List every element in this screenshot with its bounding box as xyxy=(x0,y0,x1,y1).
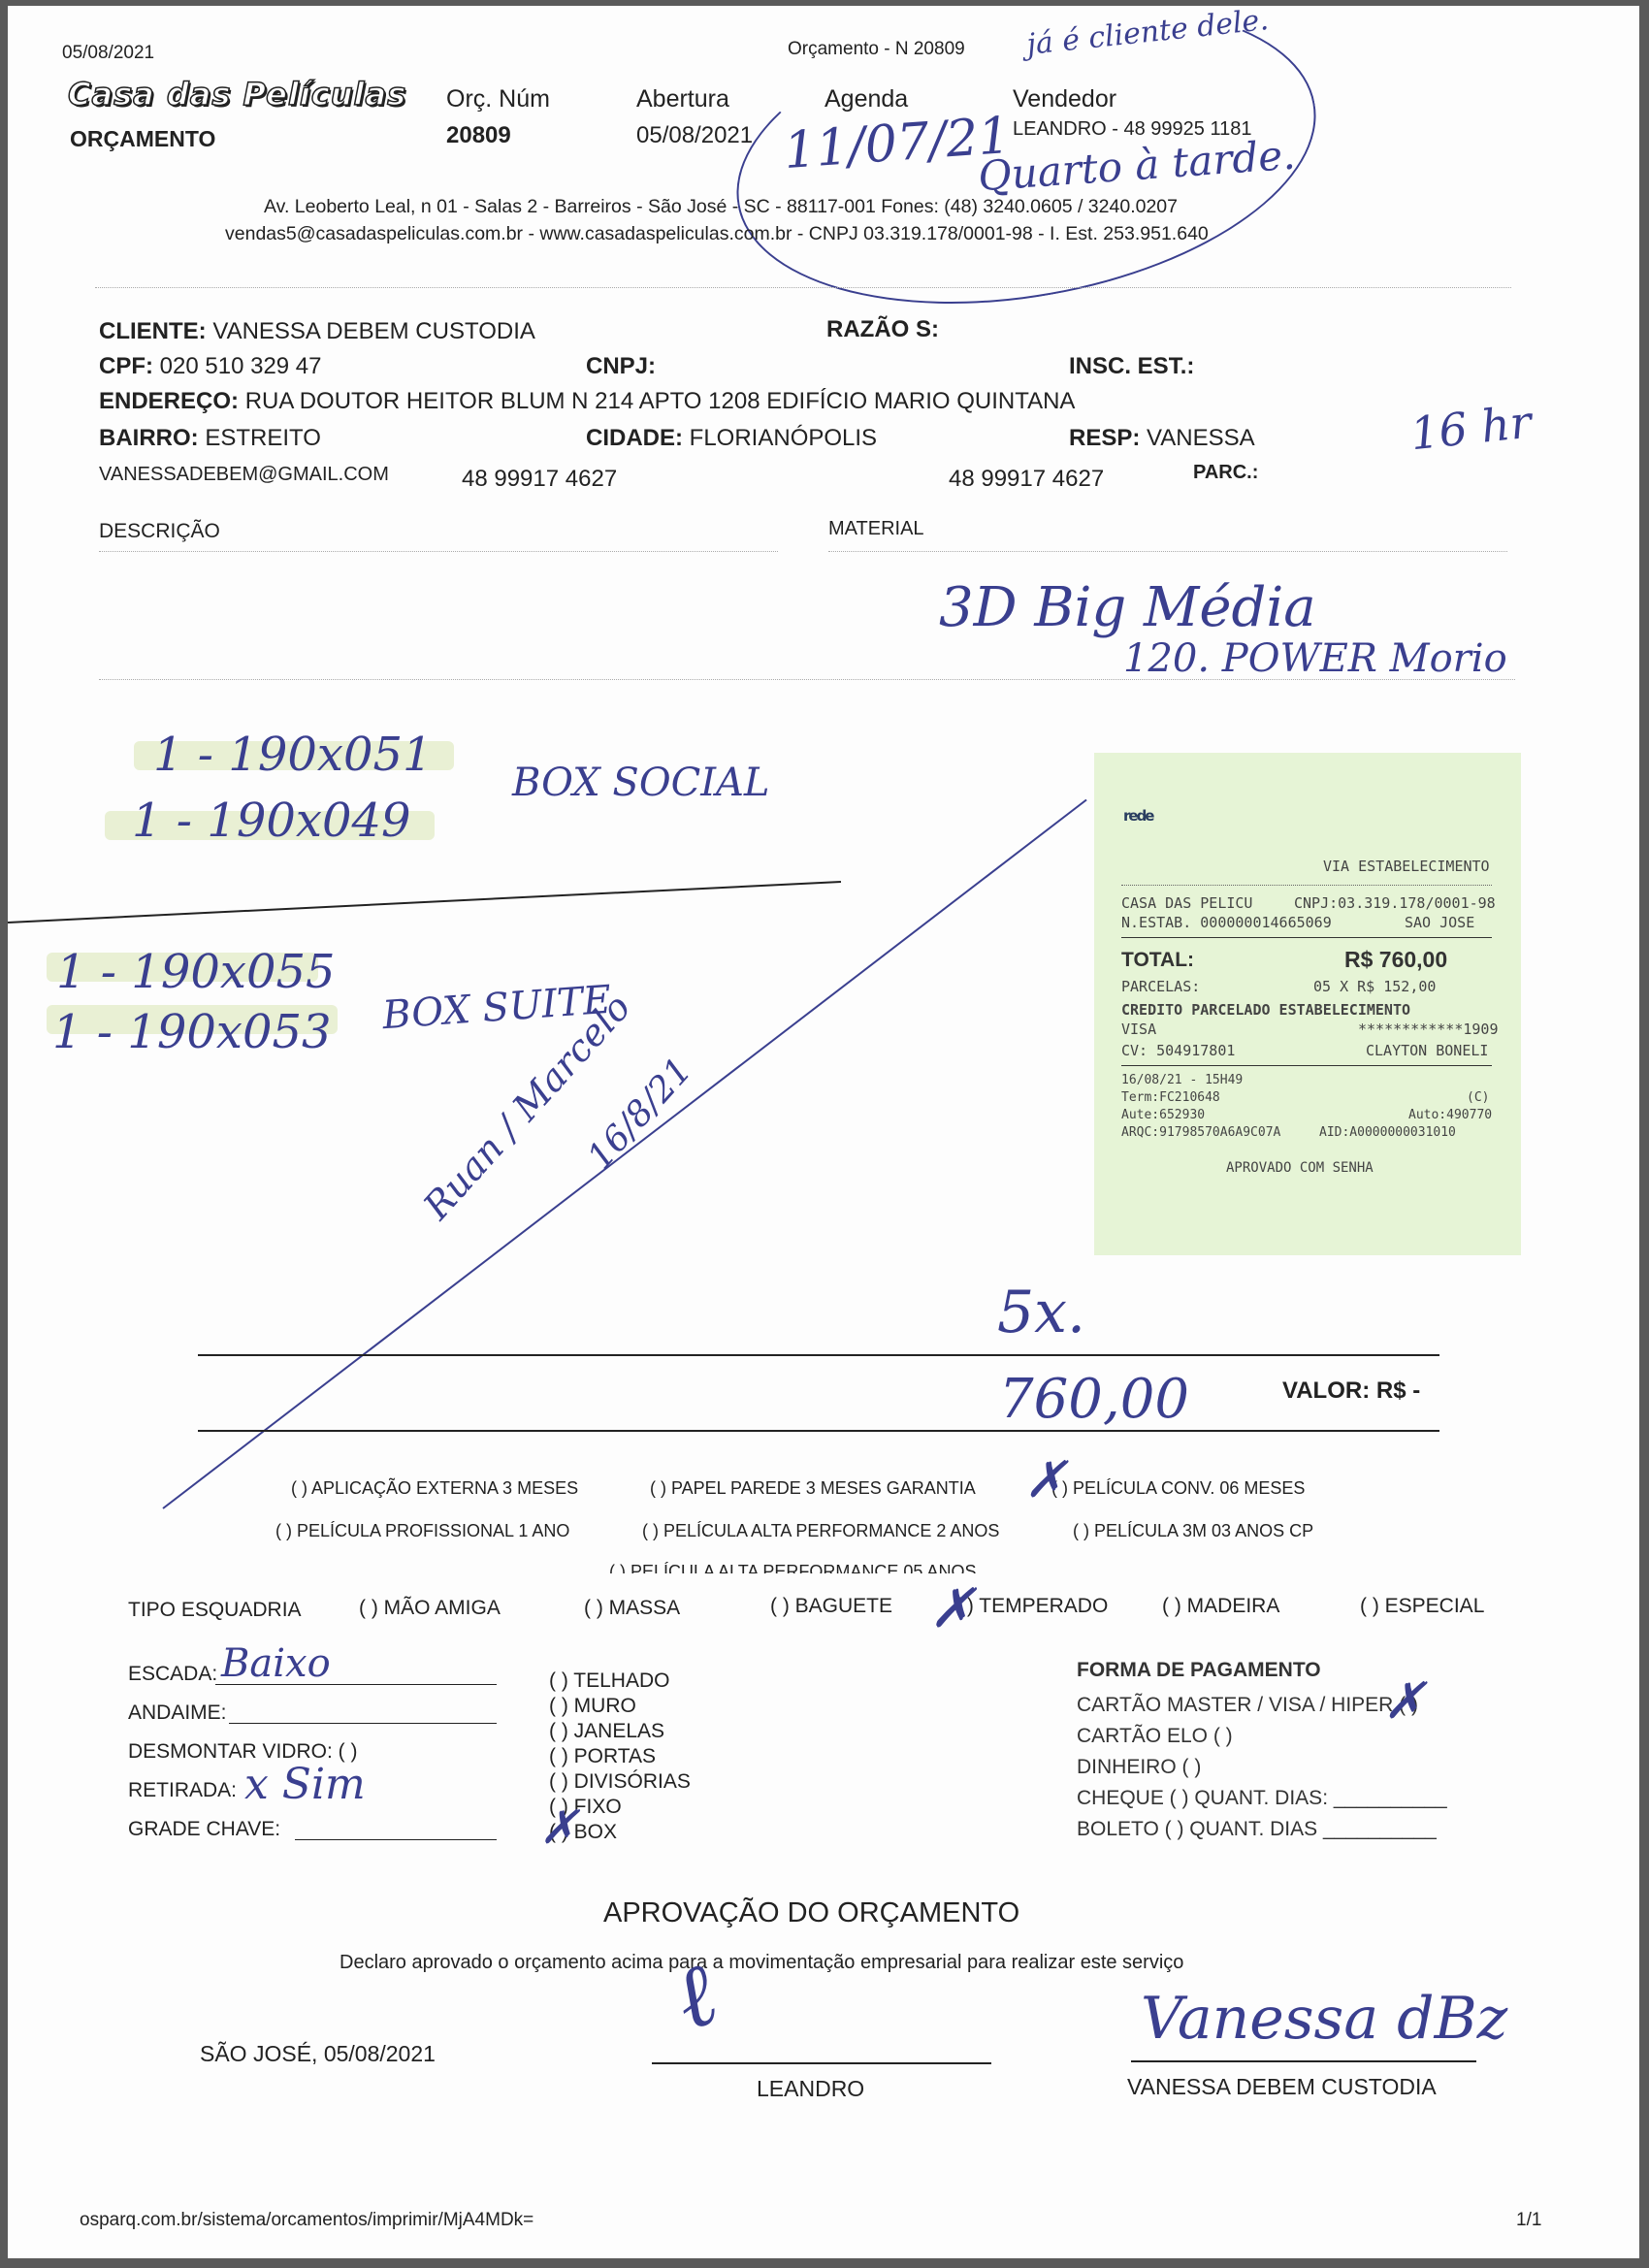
receipt-type: CREDITO PARCELADO ESTABELECIMENTO xyxy=(1121,1001,1410,1019)
address-value: RUA DOUTOR HEITOR BLUM N 214 APTO 1208 E… xyxy=(245,388,1076,414)
client-name-field: CLIENTE: VANESSA DEBEM CUSTODIA xyxy=(99,318,535,345)
item-handwritten: 1 - 190x053 xyxy=(52,1005,332,1059)
esquadria-option[interactable]: ( ) MADEIRA xyxy=(1162,1595,1279,1618)
receipt-holder: CLAYTON BONELI xyxy=(1366,1042,1488,1059)
cidade-value: FLORIANÓPOLIS xyxy=(690,425,877,451)
receipt-copy-label: VIA ESTABELECIMENTO xyxy=(1323,858,1490,875)
client-phone-2: 48 99917 4627 xyxy=(949,466,1104,493)
abertura-value: 05/08/2021 xyxy=(636,122,753,149)
material-label: MATERIAL xyxy=(828,518,924,540)
razao-label: RAZÃO S: xyxy=(826,316,939,343)
receipt-parcelas-value: 05 X R$ 152,00 xyxy=(1313,978,1436,995)
location-option[interactable]: ( ) PORTAS xyxy=(549,1744,691,1769)
receipt-card-brand: VISA xyxy=(1121,1021,1156,1038)
receipt-total-value: R$ 760,00 xyxy=(1344,947,1447,973)
andaime-field-line[interactable] xyxy=(229,1723,497,1724)
cpf-label: CPF: xyxy=(99,353,153,379)
installments-handwritten: 5x. xyxy=(997,1279,1085,1346)
material-divider xyxy=(99,679,1515,680)
seller-name: LEANDRO xyxy=(757,2076,864,2102)
receipt-cnpj: CNPJ:03.319.178/0001-98 xyxy=(1294,894,1496,912)
orc-num-label: Orç. Núm xyxy=(446,85,550,113)
receipt-merchant: CASA DAS PELICU xyxy=(1121,894,1252,912)
company-contact: vendas5@casadaspeliculas.com.br - www.ca… xyxy=(225,223,1209,245)
receipt-parcelas-label: PARCELAS: xyxy=(1121,978,1200,995)
warranty-option[interactable]: ( ) PELÍCULA ALTA PERFORMANCE 2 ANOS xyxy=(642,1521,999,1541)
esquadria-option[interactable]: ( ) BAGUETE xyxy=(770,1595,892,1618)
esquadria-option[interactable]: ( ) ESPECIAL xyxy=(1360,1595,1484,1618)
escada-value-handwritten[interactable]: Baixo xyxy=(221,1641,331,1686)
check-mark-icon: ✗ xyxy=(539,1800,578,1855)
check-mark-icon: ✗ xyxy=(1383,1672,1426,1731)
bairro-field: BAIRRO: ESTREITO xyxy=(99,425,321,452)
cpf-field: CPF: 020 510 329 47 xyxy=(99,353,322,380)
location-option[interactable]: ( ) DIVISÓRIAS xyxy=(549,1769,691,1795)
warranty-option-cut[interactable]: ( ) PELÍCULA ALTA PERFORMANCE 05 ANOS xyxy=(609,1562,976,1573)
receipt-divider xyxy=(1121,937,1492,938)
header-divider xyxy=(95,287,1511,288)
approval-title: APROVAÇÃO DO ORÇAMENTO xyxy=(603,1897,1019,1929)
grade-chave-field-line[interactable] xyxy=(295,1839,497,1840)
warranty-option[interactable]: ( ) PELÍCULA PROFISSIONAL 1 ANO xyxy=(275,1521,569,1541)
payment-title: FORMA DE PAGAMENTO xyxy=(1077,1659,1321,1682)
client-signature-name: VANESSA DEBEM CUSTODIA xyxy=(1127,2074,1437,2100)
retirada-value-handwritten[interactable]: x Sim xyxy=(244,1760,366,1809)
place-date: SÃO JOSÉ, 05/08/2021 xyxy=(200,2041,436,2067)
material-rule xyxy=(828,551,1507,552)
resp-label: RESP: xyxy=(1069,425,1140,451)
receipt-arqc: ARQC:91798570A6A9C07A xyxy=(1121,1125,1280,1140)
client-signature-line xyxy=(1131,2060,1476,2062)
seller-signature-line xyxy=(652,2062,991,2064)
descricao-rule xyxy=(99,551,778,552)
warranty-option[interactable]: ( ) PAPEL PAREDE 3 MESES GARANTIA xyxy=(650,1478,976,1499)
item-handwritten: 1 - 190x049 xyxy=(132,794,411,848)
client-email: VANESSADEBEM@GMAIL.COM xyxy=(99,464,389,486)
warranty-option[interactable]: ( ) APLICAÇÃO EXTERNA 3 MESES xyxy=(291,1478,578,1499)
client-name-value: VANESSA DEBEM CUSTODIA xyxy=(212,318,535,344)
bairro-label: BAIRRO: xyxy=(99,425,199,451)
document-type: ORÇAMENTO xyxy=(70,126,215,152)
escada-label: ESCADA: xyxy=(128,1663,217,1686)
approval-statement: Declaro aprovado o orçamento acima para … xyxy=(339,1952,1183,1974)
receipt-city: SAO JOSE xyxy=(1405,914,1474,931)
warranty-option[interactable]: ( ) PELÍCULA 3M 03 ANOS CP xyxy=(1073,1521,1313,1541)
cpf-value: 020 510 329 47 xyxy=(160,353,322,379)
rede-logo: rede xyxy=(1123,807,1152,825)
receipt-datetime: 16/08/21 - 15H49 xyxy=(1121,1073,1243,1087)
retirada-label: RETIRADA: xyxy=(128,1779,237,1802)
material-handwritten-line1: 3D Big Média xyxy=(939,576,1316,639)
parc-label: PARC.: xyxy=(1193,462,1258,484)
receipt-cv: CV: 504917801 xyxy=(1121,1042,1235,1059)
footer-url: osparq.com.br/sistema/orcamentos/imprimi… xyxy=(80,2210,533,2231)
descricao-label: DESCRIÇÃO xyxy=(99,520,220,543)
receipt-aute: Aute:652930 xyxy=(1121,1108,1205,1122)
orc-num-value: 20809 xyxy=(446,122,511,149)
receipt-divider xyxy=(1121,885,1492,886)
insc-est-label: INSC. EST.: xyxy=(1069,353,1194,380)
esquadria-option[interactable]: ( ) MÃO AMIGA xyxy=(359,1597,501,1620)
check-mark-icon: ✗ xyxy=(929,1577,975,1640)
receipt-aid: AID:A0000000031010 xyxy=(1319,1125,1456,1140)
abertura-label: Abertura xyxy=(636,85,729,113)
receipt-estab: N.ESTAB. 000000014665069 xyxy=(1121,914,1332,931)
receipt-auto: Auto:490770 xyxy=(1408,1108,1492,1122)
client-signature: Vanessa dBz xyxy=(1141,1985,1507,2053)
total-rule-top xyxy=(198,1354,1439,1356)
location-option[interactable]: ( ) TELHADO xyxy=(549,1669,691,1694)
time-handwritten: 16 hr xyxy=(1408,396,1535,461)
receipt-term: Term:FC210648 xyxy=(1121,1090,1220,1105)
receipt-card-number: ************1909 xyxy=(1358,1021,1499,1038)
address-field: ENDEREÇO: RUA DOUTOR HEITOR BLUM N 214 A… xyxy=(99,388,1075,415)
payment-option[interactable]: BOLETO ( ) QUANT. DIAS __________ xyxy=(1077,1814,1447,1845)
cidade-field: CIDADE: FLORIANÓPOLIS xyxy=(586,425,877,452)
receipt-c-flag: (C) xyxy=(1467,1090,1489,1105)
item-group-handwritten: BOX SOCIAL xyxy=(512,761,769,805)
bairro-value: ESTREITO xyxy=(205,425,321,451)
cidade-label: CIDADE: xyxy=(586,425,683,451)
payment-option[interactable]: CHEQUE ( ) QUANT. DIAS: __________ xyxy=(1077,1783,1447,1814)
cnpj-label: CNPJ: xyxy=(586,353,656,380)
client-phone-1: 48 99917 4627 xyxy=(462,466,617,493)
page-number: 1/1 xyxy=(1516,2210,1541,2231)
esquadria-option[interactable]: ( ) MASSA xyxy=(584,1597,680,1620)
material-handwritten-line2: 120. POWER Morio xyxy=(1123,636,1507,681)
resp-value: VANESSA xyxy=(1147,425,1255,451)
handwritten-separator-line xyxy=(8,881,841,923)
payment-option[interactable]: DINHEIRO ( ) xyxy=(1077,1752,1447,1783)
resp-field: RESP: VANESSA xyxy=(1069,425,1255,452)
location-option[interactable]: ( ) JANELAS xyxy=(549,1719,691,1744)
company-address: Av. Leoberto Leal, n 01 - Salas 2 - Barr… xyxy=(264,196,1178,218)
andaime-label: ANDAIME: xyxy=(128,1701,227,1725)
client-name-label: CLIENTE: xyxy=(99,318,207,344)
install-date-handwritten: 16/8/21 xyxy=(580,1051,699,1178)
check-mark-icon: ✗ xyxy=(1024,1451,1067,1509)
esquadria-label: TIPO ESQUADRIA xyxy=(128,1599,302,1622)
print-date: 05/08/2021 xyxy=(62,43,154,64)
total-rule-bottom xyxy=(198,1430,1439,1432)
item-handwritten: 1 - 190x051 xyxy=(153,728,433,782)
total-value-handwritten: 760,00 xyxy=(999,1368,1189,1431)
receipt-divider xyxy=(1121,1065,1492,1066)
esquadria-option-checked[interactable]: ( ) TEMPERADO xyxy=(954,1595,1108,1618)
valor-label: VALOR: R$ - xyxy=(1282,1377,1420,1405)
quote-document: 05/08/2021 Orçamento - N 20809 já é clie… xyxy=(8,6,1639,2258)
location-option[interactable]: ( ) MURO xyxy=(549,1694,691,1719)
item-handwritten: 1 - 190x055 xyxy=(56,945,336,999)
receipt-status: APROVADO COM SENHA xyxy=(1226,1160,1374,1176)
address-label: ENDEREÇO: xyxy=(99,388,239,414)
receipt-total-label: TOTAL: xyxy=(1121,949,1194,972)
grade-chave-label: GRADE CHAVE: xyxy=(128,1818,280,1841)
company-logo: Casa das Películas xyxy=(68,76,406,113)
warranty-option-checked[interactable]: ( ) PELÍCULA CONV. 06 MESES xyxy=(1051,1478,1305,1499)
card-payment-receipt: rede VIA ESTABELECIMENTO CASA DAS PELICU… xyxy=(1094,753,1521,1255)
